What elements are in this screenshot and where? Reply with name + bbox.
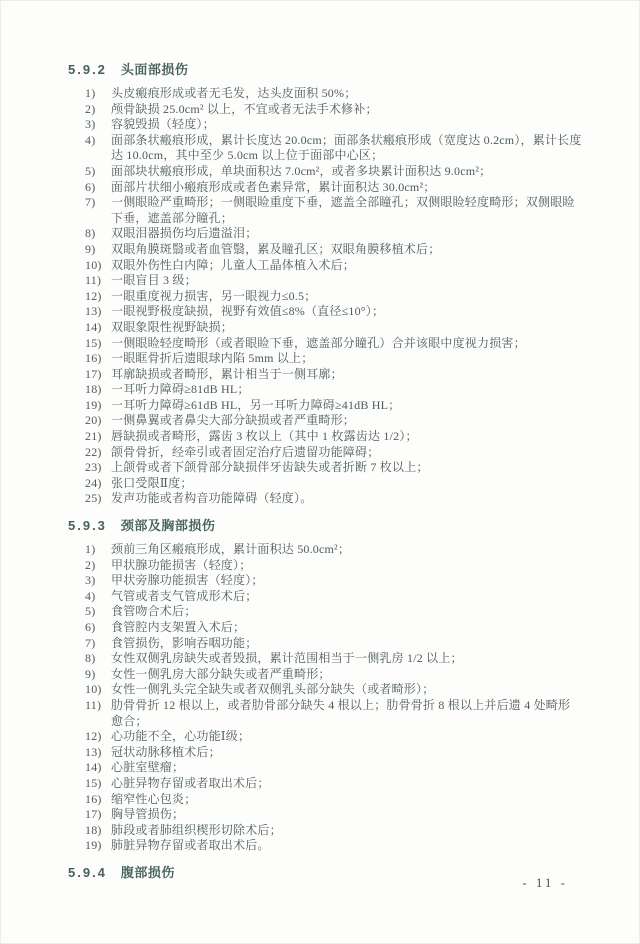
item-text: 食管腔内支架置入术后； — [111, 620, 582, 636]
item-text: 颌骨骨折，经牵引或者固定治疗后遗留功能障碍； — [111, 445, 582, 461]
list-item: 13)一眼视野极度缺损，视野有效值≤8%（直径≤10°）； — [85, 304, 582, 320]
item-text: 双眼象限性视野缺损； — [111, 320, 582, 336]
item-text: 唇缺损或者畸形，露齿 3 枚以上（其中 1 枚露齿达 1/2）； — [111, 429, 582, 445]
item-number: 14) — [85, 320, 111, 336]
section-number: 5.9.4 — [68, 865, 107, 880]
item-number: 7) — [85, 636, 111, 652]
list-item: 21)唇缺损或者畸形，露齿 3 枚以上（其中 1 枚露齿达 1/2）； — [85, 429, 582, 445]
list-item: 5)面部块状瘢痕形成，单块面积达 7.0cm²，或者多块累计面积达 9.0cm²… — [85, 164, 582, 180]
item-text: 颅骨缺损 25.0cm² 以上，不宜或者无法手术修补； — [111, 102, 582, 118]
list-item: 1)头皮瘢痕形成或者无毛发，达头皮面积 50%； — [85, 86, 582, 102]
section-5-9-3: 5.9.3颈部及胸部损伤 1)颈前三角区瘢痕形成，累计面积达 50.0cm²；2… — [68, 518, 582, 854]
item-number: 6) — [85, 620, 111, 636]
item-number: 10) — [85, 258, 111, 274]
item-number: 19) — [85, 398, 111, 414]
section-title: 头面部损伤 — [121, 62, 189, 77]
list-item: 2)甲状腺功能损害（轻度）； — [85, 558, 582, 574]
item-text: 双眼外伤性白内障；儿童人工晶体植入术后； — [111, 258, 582, 274]
list-item: 13)冠状动脉移植术后； — [85, 745, 582, 761]
item-number: 7) — [85, 195, 111, 226]
section-5-9-4: 5.9.4腹部损伤 — [68, 865, 582, 881]
list-item: 10)双眼外伤性白内障；儿童人工晶体植入术后； — [85, 258, 582, 274]
item-number: 16) — [85, 351, 111, 367]
item-number: 22) — [85, 445, 111, 461]
section-title: 颈部及胸部损伤 — [121, 518, 216, 533]
item-text: 气管或者支气管成形术后； — [111, 589, 582, 605]
item-number: 24) — [85, 476, 111, 492]
item-number: 9) — [85, 242, 111, 258]
item-text: 心脏室壁瘤； — [111, 760, 582, 776]
item-text: 女性一侧乳头完全缺失或者双侧乳头部分缺失（或者畸形）； — [111, 682, 582, 698]
item-text: 冠状动脉移植术后； — [111, 745, 582, 761]
list-item: 12)心功能不全，心功能Ⅰ级； — [85, 729, 582, 745]
item-text: 面部片状细小瘢痕形成或者色素异常，累计面积达 30.0cm²； — [111, 180, 582, 196]
document-page: 5.9.2头面部损伤 1)头皮瘢痕形成或者无毛发，达头皮面积 50%；2)颅骨缺… — [0, 0, 640, 944]
item-number: 17) — [85, 807, 111, 823]
list-item: 1)颈前三角区瘢痕形成，累计面积达 50.0cm²； — [85, 542, 582, 558]
item-number: 10) — [85, 682, 111, 698]
item-number: 25) — [85, 491, 111, 507]
item-number: 8) — [85, 226, 111, 242]
item-number: 12) — [85, 729, 111, 745]
item-number: 9) — [85, 667, 111, 683]
item-number: 13) — [85, 745, 111, 761]
list-item: 16)缩窄性心包炎； — [85, 792, 582, 808]
item-number: 16) — [85, 792, 111, 808]
item-text: 肺脏异物存留或者取出术后。 — [111, 838, 582, 854]
item-text: 上颌骨或者下颌骨部分缺损伴牙齿缺失或者折断 7 枚以上； — [111, 460, 582, 476]
item-number: 3) — [85, 573, 111, 589]
list-item: 15)一侧眼睑轻度畸形（或者眼睑下垂，遮盖部分瞳孔）合并该眼中度视力损害； — [85, 336, 582, 352]
item-list: 1)头皮瘢痕形成或者无毛发，达头皮面积 50%；2)颅骨缺损 25.0cm² 以… — [85, 86, 582, 507]
item-number: 1) — [85, 542, 111, 558]
list-item: 3)容貌毁损（轻度）； — [85, 117, 582, 133]
list-item: 23)上颌骨或者下颌骨部分缺损伴牙齿缺失或者折断 7 枚以上； — [85, 460, 582, 476]
item-text: 面部块状瘢痕形成，单块面积达 7.0cm²，或者多块累计面积达 9.0cm²； — [111, 164, 582, 180]
list-item: 15)心脏异物存留或者取出术后； — [85, 776, 582, 792]
list-item: 25)发声功能或者构音功能障碍（轻度）。 — [85, 491, 582, 507]
list-item: 3)甲状旁腺功能损害（轻度）； — [85, 573, 582, 589]
item-text: 缩窄性心包炎； — [111, 792, 582, 808]
item-text: 一耳听力障碍≥81dB HL； — [111, 382, 582, 398]
section-heading: 5.9.4腹部损伤 — [68, 865, 582, 881]
list-item: 24)张口受限Ⅱ度； — [85, 476, 582, 492]
list-item: 14)心脏室壁瘤； — [85, 760, 582, 776]
item-number: 12) — [85, 289, 111, 305]
section-5-9-2: 5.9.2头面部损伤 1)头皮瘢痕形成或者无毛发，达头皮面积 50%；2)颅骨缺… — [68, 62, 582, 507]
section-number: 5.9.3 — [68, 518, 107, 533]
item-text: 一眼重度视力损害，另一眼视力≤0.5； — [111, 289, 582, 305]
section-heading: 5.9.3颈部及胸部损伤 — [68, 518, 582, 534]
item-text: 面部条状瘢痕形成，累计长度达 20.0cm；面部条状瘢痕形成（宽度达 0.2cm… — [111, 133, 582, 164]
item-text: 一侧眼睑严重畸形；一侧眼睑重度下垂，遮盖全部瞳孔；双侧眼睑轻度畸形；双侧眼睑下垂… — [111, 195, 582, 226]
item-text: 一眼视野极度缺损，视野有效值≤8%（直径≤10°）； — [111, 304, 582, 320]
list-item: 5)食管吻合术后； — [85, 604, 582, 620]
section-heading: 5.9.2头面部损伤 — [68, 62, 582, 78]
item-number: 13) — [85, 304, 111, 320]
item-number: 15) — [85, 336, 111, 352]
list-item: 6)食管腔内支架置入术后； — [85, 620, 582, 636]
section-title: 腹部损伤 — [121, 865, 175, 880]
item-text: 双眼角膜斑翳或者血管翳，累及瞳孔区；双眼角膜移植术后； — [111, 242, 582, 258]
item-text: 食管吻合术后； — [111, 604, 582, 620]
item-number: 18) — [85, 823, 111, 839]
item-number: 8) — [85, 651, 111, 667]
item-text: 甲状腺功能损害（轻度）； — [111, 558, 582, 574]
item-text: 一侧眼睑轻度畸形（或者眼睑下垂，遮盖部分瞳孔）合并该眼中度视力损害； — [111, 336, 582, 352]
list-item: 10)女性一侧乳头完全缺失或者双侧乳头部分缺失（或者畸形）； — [85, 682, 582, 698]
list-item: 8)女性双侧乳房缺失或者毁损，累计范围相当于一侧乳房 1/2 以上； — [85, 651, 582, 667]
section-number: 5.9.2 — [68, 62, 107, 77]
item-text: 耳廓缺损或者畸形，累计相当于一侧耳廓； — [111, 367, 582, 383]
item-text: 容貌毁损（轻度）； — [111, 117, 582, 133]
item-number: 5) — [85, 604, 111, 620]
list-item: 18)肺段或者肺组织楔形切除术后； — [85, 823, 582, 839]
item-text: 肺段或者肺组织楔形切除术后； — [111, 823, 582, 839]
item-number: 4) — [85, 133, 111, 164]
list-item: 20)一侧鼻翼或者鼻尖大部分缺损或者严重畸形； — [85, 413, 582, 429]
list-item: 17)耳廓缺损或者畸形，累计相当于一侧耳廓； — [85, 367, 582, 383]
list-item: 7)食管损伤，影响吞咽功能； — [85, 636, 582, 652]
item-number: 1) — [85, 86, 111, 102]
item-number: 4) — [85, 589, 111, 605]
item-number: 2) — [85, 102, 111, 118]
item-text: 头皮瘢痕形成或者无毛发，达头皮面积 50%； — [111, 86, 582, 102]
item-text: 女性双侧乳房缺失或者毁损，累计范围相当于一侧乳房 1/2 以上； — [111, 651, 582, 667]
item-text: 一眼眶骨折后遗眼球内陷 5mm 以上； — [111, 351, 582, 367]
item-number: 3) — [85, 117, 111, 133]
list-item: 14)双眼象限性视野缺损； — [85, 320, 582, 336]
list-item: 17)胸导管损伤； — [85, 807, 582, 823]
item-number: 17) — [85, 367, 111, 383]
list-item: 19)一耳听力障碍≥61dB HL，另一耳听力障碍≥41dB HL； — [85, 398, 582, 414]
list-item: 18)一耳听力障碍≥81dB HL； — [85, 382, 582, 398]
item-number: 6) — [85, 180, 111, 196]
item-text: 一侧鼻翼或者鼻尖大部分缺损或者严重畸形； — [111, 413, 582, 429]
list-item: 4)面部条状瘢痕形成，累计长度达 20.0cm；面部条状瘢痕形成（宽度达 0.2… — [85, 133, 582, 164]
item-text: 一眼盲目 3 级； — [111, 273, 582, 289]
item-list: 1)颈前三角区瘢痕形成，累计面积达 50.0cm²；2)甲状腺功能损害（轻度）；… — [85, 542, 582, 854]
item-number: 18) — [85, 382, 111, 398]
list-item: 9)双眼角膜斑翳或者血管翳，累及瞳孔区；双眼角膜移植术后； — [85, 242, 582, 258]
list-item: 22)颌骨骨折，经牵引或者固定治疗后遗留功能障碍； — [85, 445, 582, 461]
item-number: 5) — [85, 164, 111, 180]
list-item: 7)一侧眼睑严重畸形；一侧眼睑重度下垂，遮盖全部瞳孔；双侧眼睑轻度畸形；双侧眼睑… — [85, 195, 582, 226]
list-item: 16)一眼眶骨折后遗眼球内陷 5mm 以上； — [85, 351, 582, 367]
item-number: 11) — [85, 273, 111, 289]
page-number: - 11 - — [522, 875, 568, 891]
item-number: 14) — [85, 760, 111, 776]
list-item: 9)女性一侧乳房大部分缺失或者严重畸形； — [85, 667, 582, 683]
list-item: 11)一眼盲目 3 级； — [85, 273, 582, 289]
item-text: 胸导管损伤； — [111, 807, 582, 823]
list-item: 19)肺脏异物存留或者取出术后。 — [85, 838, 582, 854]
list-item: 4)气管或者支气管成形术后； — [85, 589, 582, 605]
item-text: 肋骨骨折 12 根以上，或者肋骨部分缺失 4 根以上；肋骨骨折 8 根以上并后遗… — [111, 698, 582, 729]
item-text: 双眼泪器损伤均后遗溢泪； — [111, 226, 582, 242]
item-number: 20) — [85, 413, 111, 429]
item-text: 心脏异物存留或者取出术后； — [111, 776, 582, 792]
list-item: 2)颅骨缺损 25.0cm² 以上，不宜或者无法手术修补； — [85, 102, 582, 118]
list-item: 8)双眼泪器损伤均后遗溢泪； — [85, 226, 582, 242]
item-text: 食管损伤，影响吞咽功能； — [111, 636, 582, 652]
item-text: 颈前三角区瘢痕形成，累计面积达 50.0cm²； — [111, 542, 582, 558]
item-number: 19) — [85, 838, 111, 854]
item-number: 23) — [85, 460, 111, 476]
item-number: 2) — [85, 558, 111, 574]
item-text: 张口受限Ⅱ度； — [111, 476, 582, 492]
item-number: 21) — [85, 429, 111, 445]
item-number: 11) — [85, 698, 111, 729]
list-item: 6)面部片状细小瘢痕形成或者色素异常，累计面积达 30.0cm²； — [85, 180, 582, 196]
item-text: 甲状旁腺功能损害（轻度）； — [111, 573, 582, 589]
item-text: 女性一侧乳房大部分缺失或者严重畸形； — [111, 667, 582, 683]
item-text: 心功能不全，心功能Ⅰ级； — [111, 729, 582, 745]
item-text: 发声功能或者构音功能障碍（轻度）。 — [111, 491, 582, 507]
item-number: 15) — [85, 776, 111, 792]
list-item: 11)肋骨骨折 12 根以上，或者肋骨部分缺失 4 根以上；肋骨骨折 8 根以上… — [85, 698, 582, 729]
item-text: 一耳听力障碍≥61dB HL，另一耳听力障碍≥41dB HL； — [111, 398, 582, 414]
list-item: 12)一眼重度视力损害，另一眼视力≤0.5； — [85, 289, 582, 305]
